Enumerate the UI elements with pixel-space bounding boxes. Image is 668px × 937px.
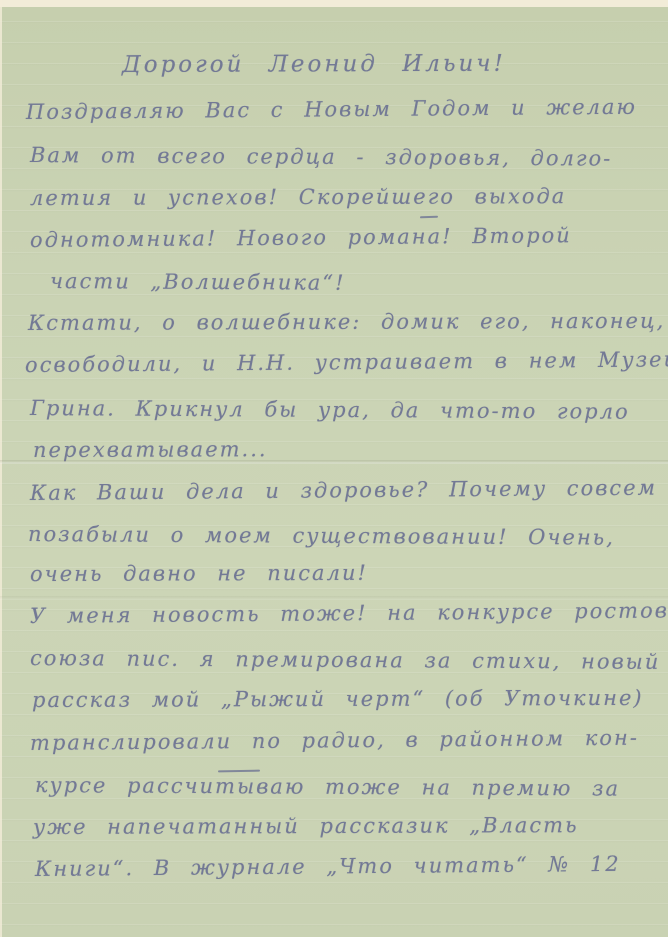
fold-crease xyxy=(0,460,668,464)
letter-line: однотомника! Нового романа! Второй xyxy=(30,223,572,252)
t-overline-mark xyxy=(218,770,260,773)
letter-line: части „Волшебника“! xyxy=(50,269,346,295)
letter-line: летия и успехов! Скорейшего выхода xyxy=(30,184,566,210)
letter-line: уже напечатанный рассказик „Власть xyxy=(33,813,579,839)
scan-edge-top xyxy=(0,0,668,7)
letter-line: Кстати, о волшебнике: домик его, наконец… xyxy=(28,309,665,335)
scan-edge-left xyxy=(0,0,2,937)
letter-line: освободили, и Н.Н. устраивает в нем Музе… xyxy=(25,347,668,377)
letter-line: Грина. Крикнул бы ура, да что-то горло xyxy=(30,396,630,424)
letter-line: курсе рассчитываю тоже на премию за xyxy=(35,773,620,801)
fold-crease xyxy=(0,596,668,600)
letter-line: перехватывает... xyxy=(33,437,268,462)
sh-underline-mark xyxy=(420,216,438,219)
letter-heading: Дорогой Леонид Ильич! xyxy=(122,51,506,78)
letter-line: очень давно не писали! xyxy=(30,561,368,586)
letter-line: рассказ мой „Рыжий черт“ (об Уточкине) xyxy=(32,686,644,712)
letter-page: Дорогой Леонид Ильич! Поздравляю Вас с Н… xyxy=(0,0,668,937)
letter-line: позабыли о моем существовании! Очень, xyxy=(28,522,615,550)
letter-line: транслировали по радио, в районном кон- xyxy=(30,726,639,755)
letter-line: союза пис. я премирована за стихи, новый xyxy=(30,646,661,674)
letter-line: Поздравляю Вас с Новым Годом и желаю xyxy=(26,95,637,124)
letter-line: Вам от всего сердца - здоровья, долго- xyxy=(30,143,612,171)
letter-line: У меня новость тоже! на конкурсе ростовс… xyxy=(30,598,668,628)
letter-line: Книги“. В журнале „Что читать“ № 12 xyxy=(35,852,621,881)
letter-line: Как Ваши дела и здоровье? Почему совсем xyxy=(30,476,657,505)
